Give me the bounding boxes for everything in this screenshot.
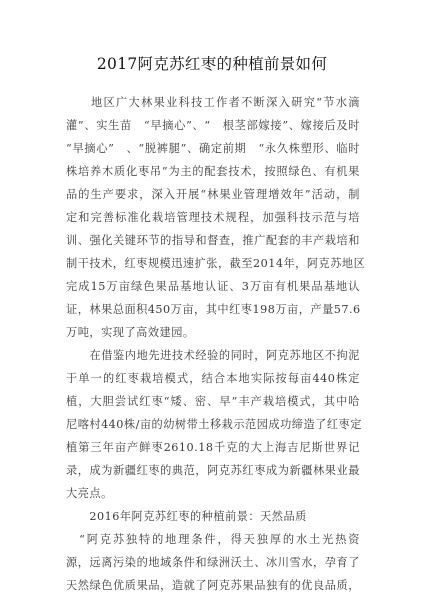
text-line: 灌”、实生苗 “早摘心”、“ 根茎部嫁接”、嫁接后及时 [66,114,360,137]
text-line: 证，林果总面积450万亩，其中红枣198万亩，产量57.6 [66,298,360,321]
text-line: 大亮点。 [66,482,360,505]
text-line: 录，成为新疆红枣的典范，阿克苏红枣成为新疆林果业最 [66,459,360,482]
document-title: 2017阿克苏红枣的种植前景如何 [0,52,424,74]
text-line: 地区广大林果业科技工作者不断深入研究“节水滴 [66,91,360,114]
text-line: 定和完善标准化栽培管理技术规程，加强科技示范与培 [66,206,360,229]
text-line: 植第三年亩产鲜枣2610.18千克的大上海吉尼斯世界记 [66,436,360,459]
text-line: 品的生产要求，深入开展“林果业管理增效年”活动，制 [66,183,360,206]
text-line: 于单一的红枣栽培模式，结合本地实际按每亩440株定 [66,367,360,390]
text-line: 源，远离污染的地域条件和绿洲沃土、冰川雪水，孕育了 [66,551,360,574]
text-line: 完成15万亩绿色果品基地认证、3万亩有机果品基地认 [66,275,360,298]
text-line: “早摘心” 、“脱裤腿”、确定前期 “永久株塑形、临时 [66,137,360,160]
text-line: 制干技术，红枣规模迅速扩张，截至2014年，阿克苏地区 [66,252,360,275]
text-line: 植，大胆尝试红枣“矮、密、早”丰产栽培模式，其中哈 [66,390,360,413]
text-line: 2016年阿克苏红枣的种植前景：天然品质 [66,505,360,528]
text-line: “阿克苏独特的地理条件，得天独厚的水土光热资 [66,528,360,551]
text-line: 训、强化关键环节的指导和督查，推广配套的丰产栽培和 [66,229,360,252]
text-line: 万吨，实现了高效建园。 [66,321,360,344]
text-line: 株培养木质化枣吊”为主的配套技术，按照绿色、有机果 [66,160,360,183]
text-line: 尼喀村440株/亩的幼树带土移栽示范园成功缔造了红枣定 [66,413,360,436]
text-line: 天然绿色优质果品，造就了阿克苏果品独有的优良品质， [66,574,360,597]
text-line: 在借鉴内地先进技术经验的同时，阿克苏地区不拘泥 [66,344,360,367]
